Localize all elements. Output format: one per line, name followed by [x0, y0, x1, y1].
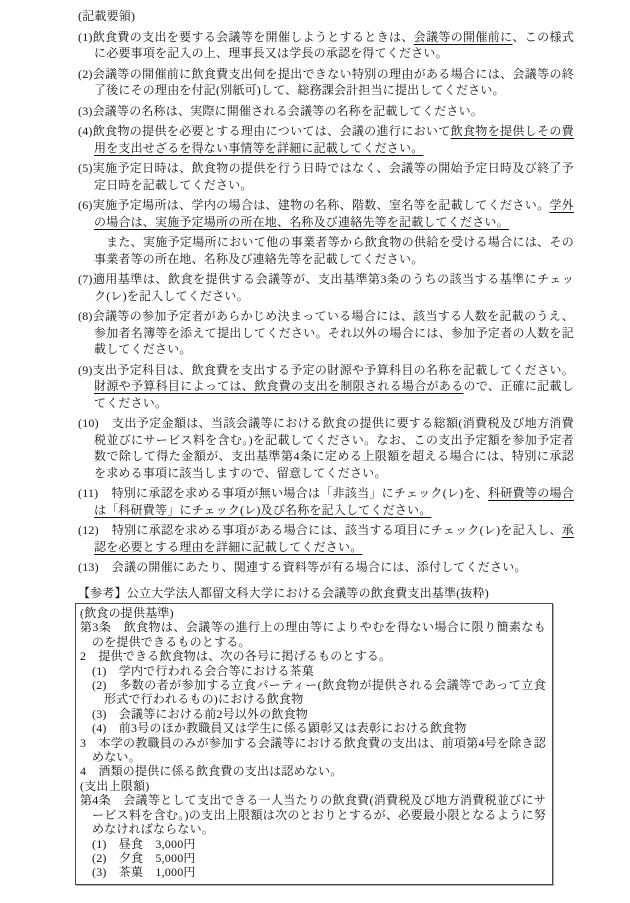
standards-line: (1) 昼食 3,000円: [80, 837, 546, 851]
item-number: (5): [78, 161, 93, 175]
text-run: 会議等の開催前に飲食費支出伺を提出できない特別の理由がある場合には、会議等の終了…: [93, 67, 574, 98]
document-background: { "document": { "heading": "(記載要領)", "it…: [0, 0, 630, 903]
instruction-item-2: (2)会議等の開催前に飲食費支出伺を提出できない特別の理由がある場合には、会議等…: [78, 66, 574, 99]
instruction-item-1: (1)飲食費の支出を要する会議等を開催しようとするときは、会議等の開催前に、この…: [78, 29, 574, 62]
standards-line: (飲食の提供基準): [80, 606, 546, 620]
standards-line: 2 提供できる飲食物は、次の各号に掲げるものとする。: [80, 649, 546, 663]
item-number: (13): [78, 560, 99, 574]
item-number: (10): [78, 416, 99, 430]
standards-line: (1) 学内で行われる会合等における茶菓: [80, 664, 546, 678]
text-run: 特別に承認を求める事項が無い場合は「非該当」にチェック(レ)を、: [111, 486, 488, 500]
text-run: 飲食物の提供を必要とする理由については、会議の進行において: [93, 124, 451, 138]
item-number: (6): [78, 198, 93, 212]
instruction-subparagraph: また、実施予定場所において他の事業者等から飲食物の供給を受ける場合には、その事業…: [94, 234, 574, 267]
standards-line: (2) 多数の者が参加する立食パーティー(飲食物が提供される会議等であって立食形…: [80, 678, 546, 707]
instruction-list: (1)飲食費の支出を要する会議等を開催しようとするときは、会議等の開催前に、この…: [78, 29, 574, 576]
text-run: 特別に承認を求める事項がある場合には、該当する項目にチェック(レ)を記入し、: [112, 523, 562, 537]
text-run: 会議等の参加予定者があらかじめ決まっている場合には、該当する人数を記載のうえ、参…: [93, 309, 574, 356]
text-run: 飲食費の支出を要する会議等を開催しようとするときは、: [93, 30, 414, 44]
instruction-item-13: (13)会議の開催にあたり、関連する資料等が有る場合には、添付してください。: [78, 559, 574, 576]
text-run: 支出予定科目は、飲食費を支出する予定の財源や予算科目の名称を記載してください。: [93, 363, 574, 377]
document-page: (記載要領) (1)飲食費の支出を要する会議等を開催しようとするときは、会議等の…: [0, 0, 630, 903]
item-number: (7): [78, 272, 93, 286]
instruction-item-4: (4)飲食物の提供を必要とする理由については、会議の進行において飲食物を提供しそ…: [78, 123, 574, 156]
standards-line: (4) 前3号のほか教職員又は学生に係る顕彰又は表彰における飲食物: [80, 721, 546, 735]
item-number: (8): [78, 309, 93, 323]
standards-line: (3) 会議等における前2号以外の飲食物: [80, 707, 546, 721]
standards-line: 4 酒類の提供に係る飲食費の支出は認めない。: [80, 764, 546, 778]
standards-line: 第3条 飲食物は、会議等の進行上の理由等によりやむを得ない場合に限り簡素なものを…: [80, 620, 546, 649]
standards-line: (2) 夕食 5,000円: [80, 851, 546, 865]
item-number: (9): [78, 363, 93, 377]
standards-line: (支出上限額): [80, 779, 546, 793]
standards-line: 3 本学の教職員のみが参加する会議等における飲食費の支出は、前項第4号を除き認め…: [80, 736, 546, 765]
item-number: (1): [78, 30, 93, 44]
item-number: (4): [78, 124, 93, 138]
item-number: (12): [78, 523, 99, 537]
underlined-text-run: 財源や予算科目によっては、飲食費の支出を制限される場合がある: [94, 379, 464, 393]
standards-line: 第4条 会議等として支出できる一人当たりの飲食費(消費税及び地方消費税並びにサー…: [80, 793, 546, 836]
instruction-item-5: (5)実施予定日時は、飲食物の提供を行う日時ではなく、会議等の開始予定日時及び終…: [78, 160, 574, 193]
instruction-item-11: (11)特別に承認を求める事項が無い場合は「非該当」にチェック(レ)を、科研費等…: [78, 485, 574, 518]
reference-standards-box: (飲食の提供基準)第3条 飲食物は、会議等の進行上の理由等によりやむを得ない場合…: [75, 603, 553, 885]
underlined-text-run: 会議等の開催前に: [414, 30, 513, 44]
instruction-item-3: (3)会議等の名称は、実際に開催される会議等の名称を記載してください。: [78, 103, 574, 120]
text-run: 会議等の名称は、実際に開催される会議等の名称を記載してください。: [93, 104, 483, 118]
section-heading: (記載要領): [78, 8, 574, 25]
item-number: (2): [78, 67, 93, 81]
instruction-item-12: (12)特別に承認を求める事項がある場合には、該当する項目にチェック(レ)を記入…: [78, 522, 574, 555]
instruction-item-7: (7)適用基準は、飲食を提供する会議等が、支出基準第3条のうちの該当する基準にチ…: [78, 271, 574, 304]
standards-line: (3) 茶菓 1,000円: [80, 865, 546, 879]
instruction-item-9: (9)支出予定科目は、飲食費を支出する予定の財源や予算科目の名称を記載してくださ…: [78, 362, 574, 412]
instruction-item-6: (6)実施予定場所は、学内の場合は、建物の名称、階数、室名等を記載してください。…: [78, 197, 574, 267]
reference-title: 【参考】公立大学法人都留文科大学における会議等の飲食費支出基準(抜粋): [78, 585, 574, 602]
text-run: 実施予定場所は、学内の場合は、建物の名称、階数、室名等を記載してください。: [93, 198, 550, 212]
instruction-item-8: (8)会議等の参加予定者があらかじめ決まっている場合には、該当する人数を記載のう…: [78, 308, 574, 358]
text-run: 実施予定日時は、飲食物の提供を行う日時ではなく、会議等の開始予定日時及び終了予定…: [93, 161, 574, 192]
text-run: 会議の開催にあたり、関連する資料等が有る場合には、添付してください。: [112, 560, 527, 574]
item-number: (11): [78, 486, 98, 500]
text-run: また、実施予定場所において他の事業者等から飲食物の供給を受ける場合には、その事業…: [94, 235, 574, 266]
instruction-item-10: (10)支出予定金額は、当該会議等における飲食の提供に要する総額(消費税及び地方…: [78, 415, 574, 481]
text-run: 支出予定金額は、当該会議等における飲食の提供に要する総額(消費税及び地方消費税並…: [94, 416, 574, 480]
item-number: (3): [78, 104, 93, 118]
text-run: 適用基準は、飲食を提供する会議等が、支出基準第3条のうちの該当する基準にチェック…: [93, 272, 574, 303]
